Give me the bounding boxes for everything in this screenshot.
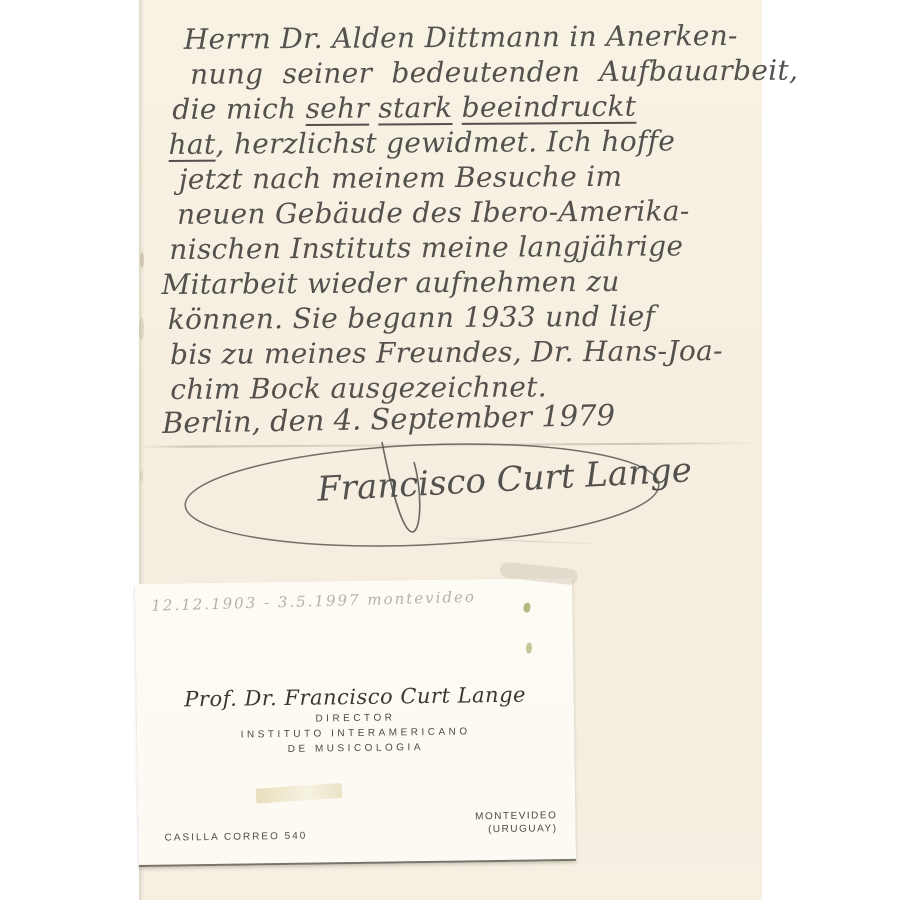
letter-text-segment: jetzt nach meinem Besuche im <box>179 160 623 196</box>
letter-text-segment <box>369 92 378 125</box>
letter-text-segment: Mitarbeit wieder aufnehmen zu <box>161 265 619 301</box>
letter-text-segment: können. Sie begann 1933 und lief <box>168 300 656 336</box>
letter-text-segment: Herrn Dr. Alden Dittmann in Anerken- <box>184 19 738 56</box>
letter-body: Herrn Dr. Alden Dittmann in Anerken-nung… <box>138 0 764 407</box>
letter-line: die mich sehr stark beeindruckt <box>172 88 753 127</box>
card-organization-line1: INSTITUTO INTERAMERICANO <box>137 725 574 742</box>
letter-line: können. Sie begann 1933 und lief <box>168 298 755 337</box>
letter-text-segment: , herzlichst gewidmet. Ich hoffe <box>215 124 675 160</box>
card-po-box: CASILLA CORREO 540 <box>165 831 308 844</box>
ink-stain <box>523 603 530 613</box>
letter-text-segment: stark <box>378 91 452 125</box>
card-name: Prof. Dr. Francisco Curt Lange <box>136 682 573 712</box>
letter-text-segment: bis zu meines Freundes, Dr. Hans-Joa- <box>170 334 723 371</box>
letter-text-segment: hat <box>168 128 215 161</box>
letter-line: nung seiner bedeutenden Aufbauarbeit, <box>190 53 753 92</box>
letter-text-segment: neuen Gebäude des Ibero-Amerika- <box>177 194 690 231</box>
business-card: 12.12.1903 - 3.5.1997 montevideo Prof. D… <box>135 578 576 867</box>
letter-line: neuen Gebäude des Ibero-Amerika- <box>177 193 754 232</box>
card-organization-line2: DE MUSICOLOGIA <box>137 740 574 757</box>
letter-line: Mitarbeit wieder aufnehmen zu <box>161 263 754 302</box>
pencil-life-dates-note: 12.12.1903 - 3.5.1997 montevideo <box>151 585 571 615</box>
letter-text-segment: die mich <box>172 92 305 126</box>
letter-line: nischen Instituts meine langjährige <box>169 228 754 267</box>
card-place-block: MONTEVIDEO (URUGUAY) <box>475 809 558 836</box>
letter-line: bis zu meines Freundes, Dr. Hans-Joa- <box>170 333 755 372</box>
card-city: MONTEVIDEO <box>475 809 557 823</box>
card-title: DIRECTOR <box>137 710 574 727</box>
tape-residue-mark <box>256 783 343 804</box>
letter-line: hat, herzlichst gewidmet. Ich hoffe <box>168 123 753 162</box>
card-country: (URUGUAY) <box>475 822 557 836</box>
ink-stain <box>526 643 532 654</box>
letter-text-segment: nung seiner bedeutenden Aufbauarbeit, <box>190 54 798 91</box>
letter-text-segment: sehr <box>305 92 369 125</box>
scanned-letter: Herrn Dr. Alden Dittmann in Anerken-nung… <box>0 0 900 900</box>
signature-block: Francisco Curt Lange <box>179 438 679 558</box>
letter-text-segment: nischen Instituts meine langjährige <box>169 229 683 266</box>
letter-line: jetzt nach meinem Besuche im <box>179 158 754 197</box>
letter-text-segment: beeindruckt <box>462 90 637 124</box>
letter-line: Herrn Dr. Alden Dittmann in Anerken- <box>184 18 753 57</box>
paper-edge-nick <box>140 470 143 482</box>
card-center-block: Prof. Dr. Francisco Curt Lange DIRECTOR … <box>136 682 574 757</box>
